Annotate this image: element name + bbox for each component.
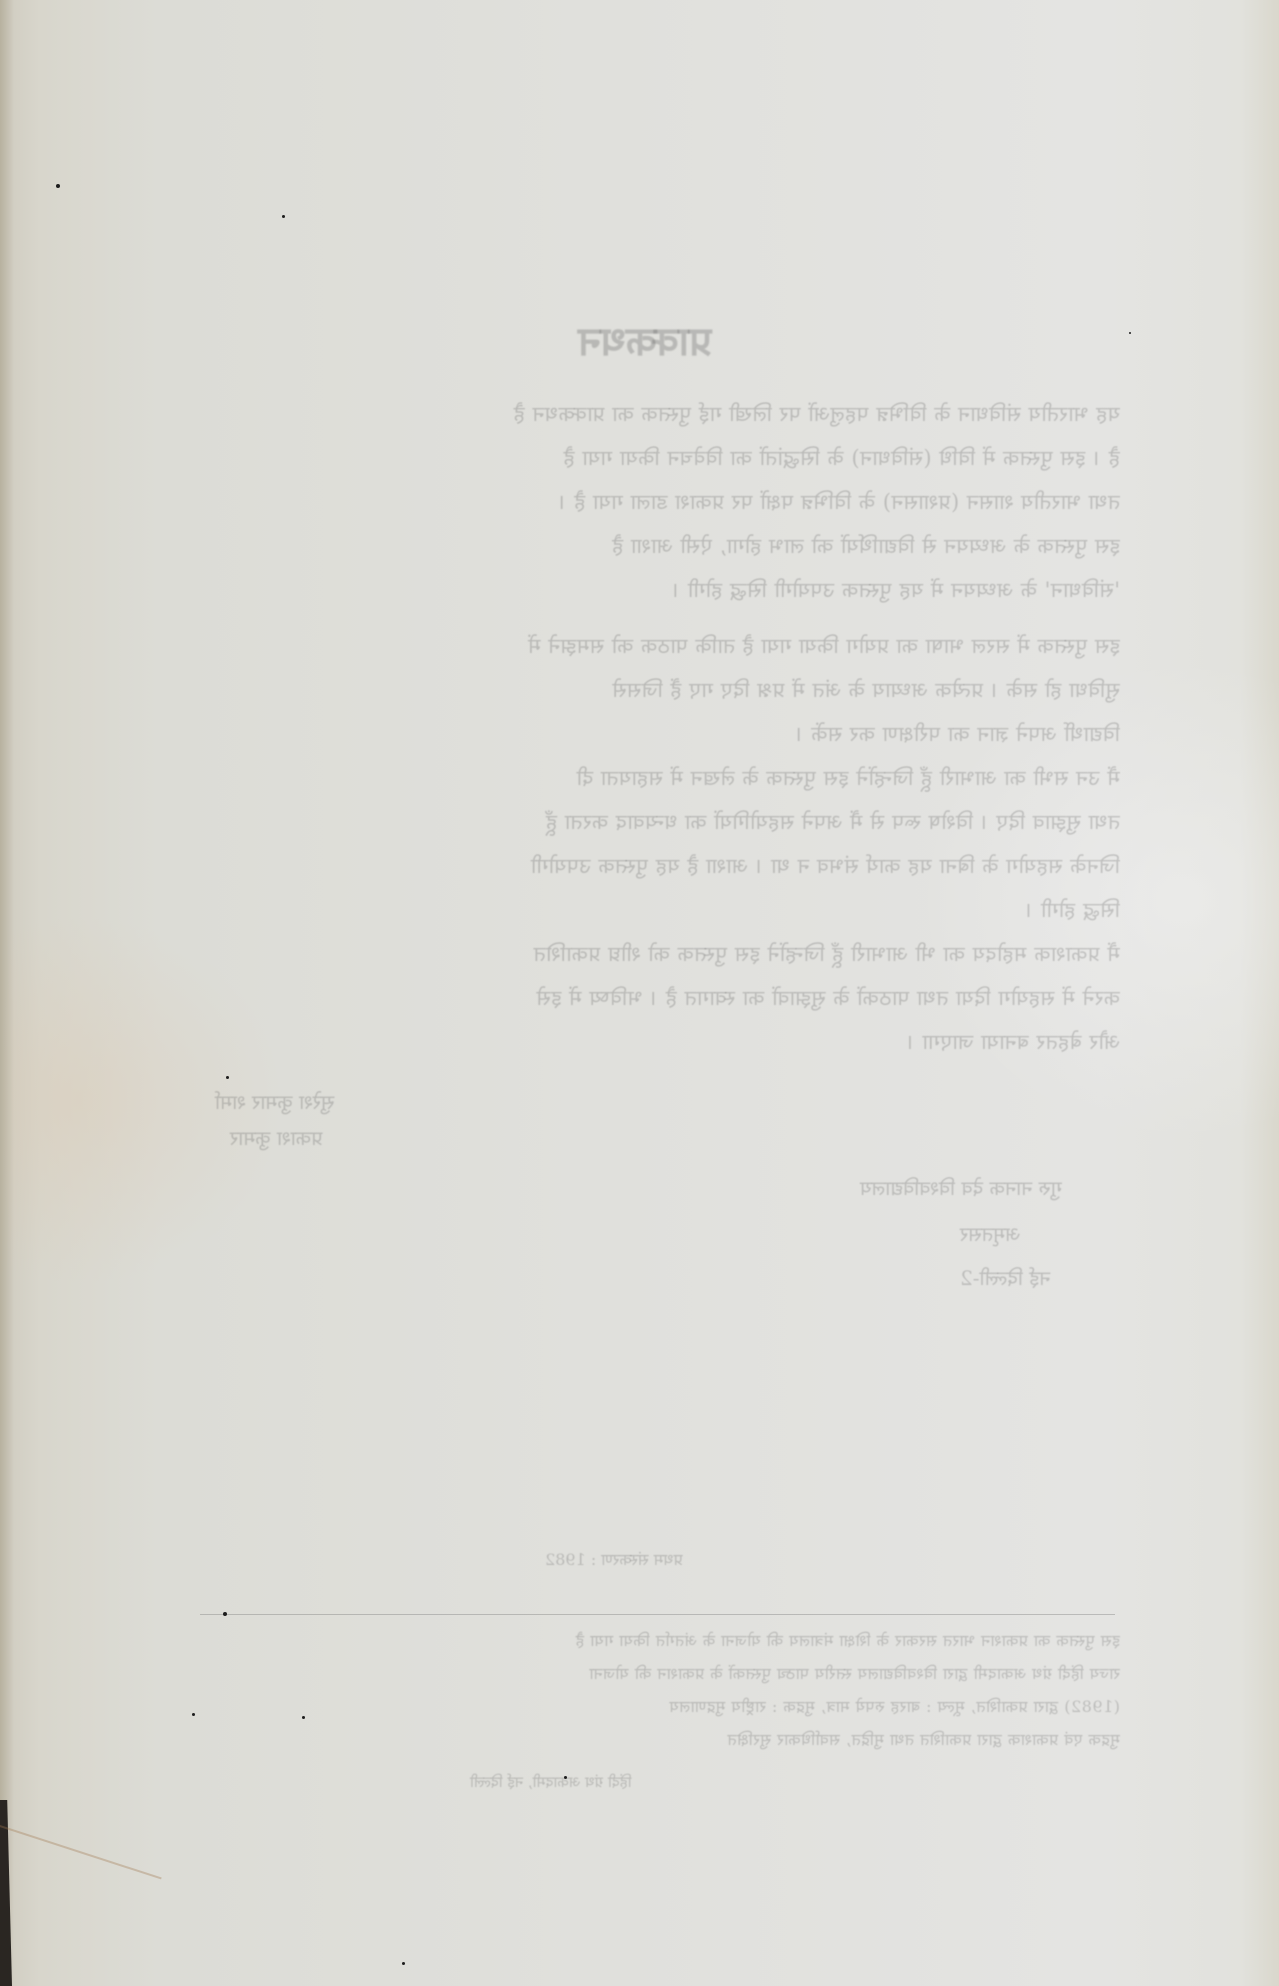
bleed-through-address-1: गुरु नानक देव विश्वविद्यालय bbox=[860, 1168, 1062, 1208]
bleed-through-paragraph-2: इस पुस्तक में सरल भाषा का प्रयोग किया गय… bbox=[200, 624, 1120, 756]
bleed-line: विद्यार्थी अपने ज्ञान का परीक्षण कर सकें… bbox=[200, 712, 1120, 756]
bleed-line: इस पुस्तक के अध्ययन से विद्यार्थियों को … bbox=[200, 524, 1120, 568]
bleed-through-footnote-last: हिंदी ग्रंथ अकादमी, नई दिल्ली bbox=[470, 1762, 632, 1802]
dust-speck bbox=[564, 1776, 567, 1779]
bleed-line: करने में सहयोग दिया तथा पाठकों के सुझावो… bbox=[200, 976, 1120, 1020]
bleed-line: है । इस पुस्तक में विधि (संविधान) के सिद… bbox=[200, 436, 1120, 480]
bleed-through-address-3: नई दिल्ली-2 bbox=[960, 1258, 1050, 1298]
dust-speck bbox=[223, 1612, 227, 1616]
bleed-line: मैं प्रकाशक महोदय का भी आभारी हूँ जिन्हो… bbox=[200, 932, 1120, 976]
bleed-through-paragraph-1: यह भारतीय संविधान के विभिन्न पहलुओं पर ल… bbox=[200, 392, 1120, 612]
bleed-line: इस पुस्तक में सरल भाषा का प्रयोग किया गय… bbox=[200, 624, 1120, 668]
bleed-line: इस पुस्तक का प्रकाशन भारत सरकार के शिक्ष… bbox=[200, 1624, 1120, 1657]
scanned-page: प्राक्कथन यह भारतीय संविधान के विभिन्न प… bbox=[0, 0, 1279, 1986]
bleed-through-footnote: इस पुस्तक का प्रकाशन भारत सरकार के शिक्ष… bbox=[200, 1624, 1120, 1756]
bleed-through-address-2: अमृतसर bbox=[960, 1214, 1020, 1254]
dust-speck bbox=[282, 215, 285, 218]
bleed-line: सुविधा हो सके । प्रत्येक अध्याय के अंत म… bbox=[200, 668, 1120, 712]
footnote-rule bbox=[200, 1614, 1115, 1615]
bleed-line: तथा सुझाव दिए । विशेष रूप से मैं अपने सह… bbox=[200, 800, 1120, 844]
bleed-through-paragraph-4: मैं प्रकाशक महोदय का भी आभारी हूँ जिन्हो… bbox=[200, 932, 1120, 1064]
bleed-line: मुद्रक एवं प्रकाशक द्वारा प्रकाशित तथा म… bbox=[200, 1723, 1120, 1756]
bleed-line: यह भारतीय संविधान के विभिन्न पहलुओं पर ल… bbox=[200, 392, 1120, 436]
bleed-line: तथा भारतीय शासन (प्रशासन) के विभिन्न पक्… bbox=[200, 480, 1120, 524]
bleed-through-title: प्राक्कथन bbox=[560, 312, 730, 367]
dust-speck bbox=[302, 1716, 305, 1719]
dust-speck bbox=[1129, 332, 1131, 334]
bleed-through-author-1: सुरेश कुमार शर्मा bbox=[215, 1082, 334, 1122]
dust-speck bbox=[56, 184, 60, 188]
bleed-through-author-2: प्रकाश कुमार bbox=[230, 1118, 323, 1158]
spine-shadow bbox=[0, 0, 14, 1986]
bleed-through-publisher-line: प्रथम संस्करण : 1982 bbox=[545, 1540, 683, 1580]
dust-speck bbox=[192, 1713, 195, 1716]
bleed-line: सिद्ध होगी । bbox=[200, 888, 1120, 932]
paper-crease bbox=[0, 1825, 162, 1917]
dust-speck bbox=[402, 1962, 405, 1965]
bleed-line: राज्य हिंदी ग्रंथ अकादमी द्वारा विश्वविद… bbox=[200, 1657, 1120, 1690]
bleed-line: मैं उन सभी का आभारी हूँ जिन्होंने इस पुस… bbox=[200, 756, 1120, 800]
bleed-line: जिनके सहयोग के बिना यह कार्य संभव न था ।… bbox=[200, 844, 1120, 888]
dust-speck bbox=[226, 1076, 229, 1079]
bleed-line: 'संविधान' के अध्ययन में यह पुस्तक उपयोगी… bbox=[200, 568, 1120, 612]
bleed-line: और बेहतर बनाया जाएगा । bbox=[200, 1020, 1120, 1064]
bleed-line: (1982) द्वारा प्रकाशित, मूल्य : बारह रुप… bbox=[200, 1690, 1120, 1723]
bleed-through-paragraph-3: मैं उन सभी का आभारी हूँ जिन्होंने इस पुस… bbox=[200, 756, 1120, 932]
